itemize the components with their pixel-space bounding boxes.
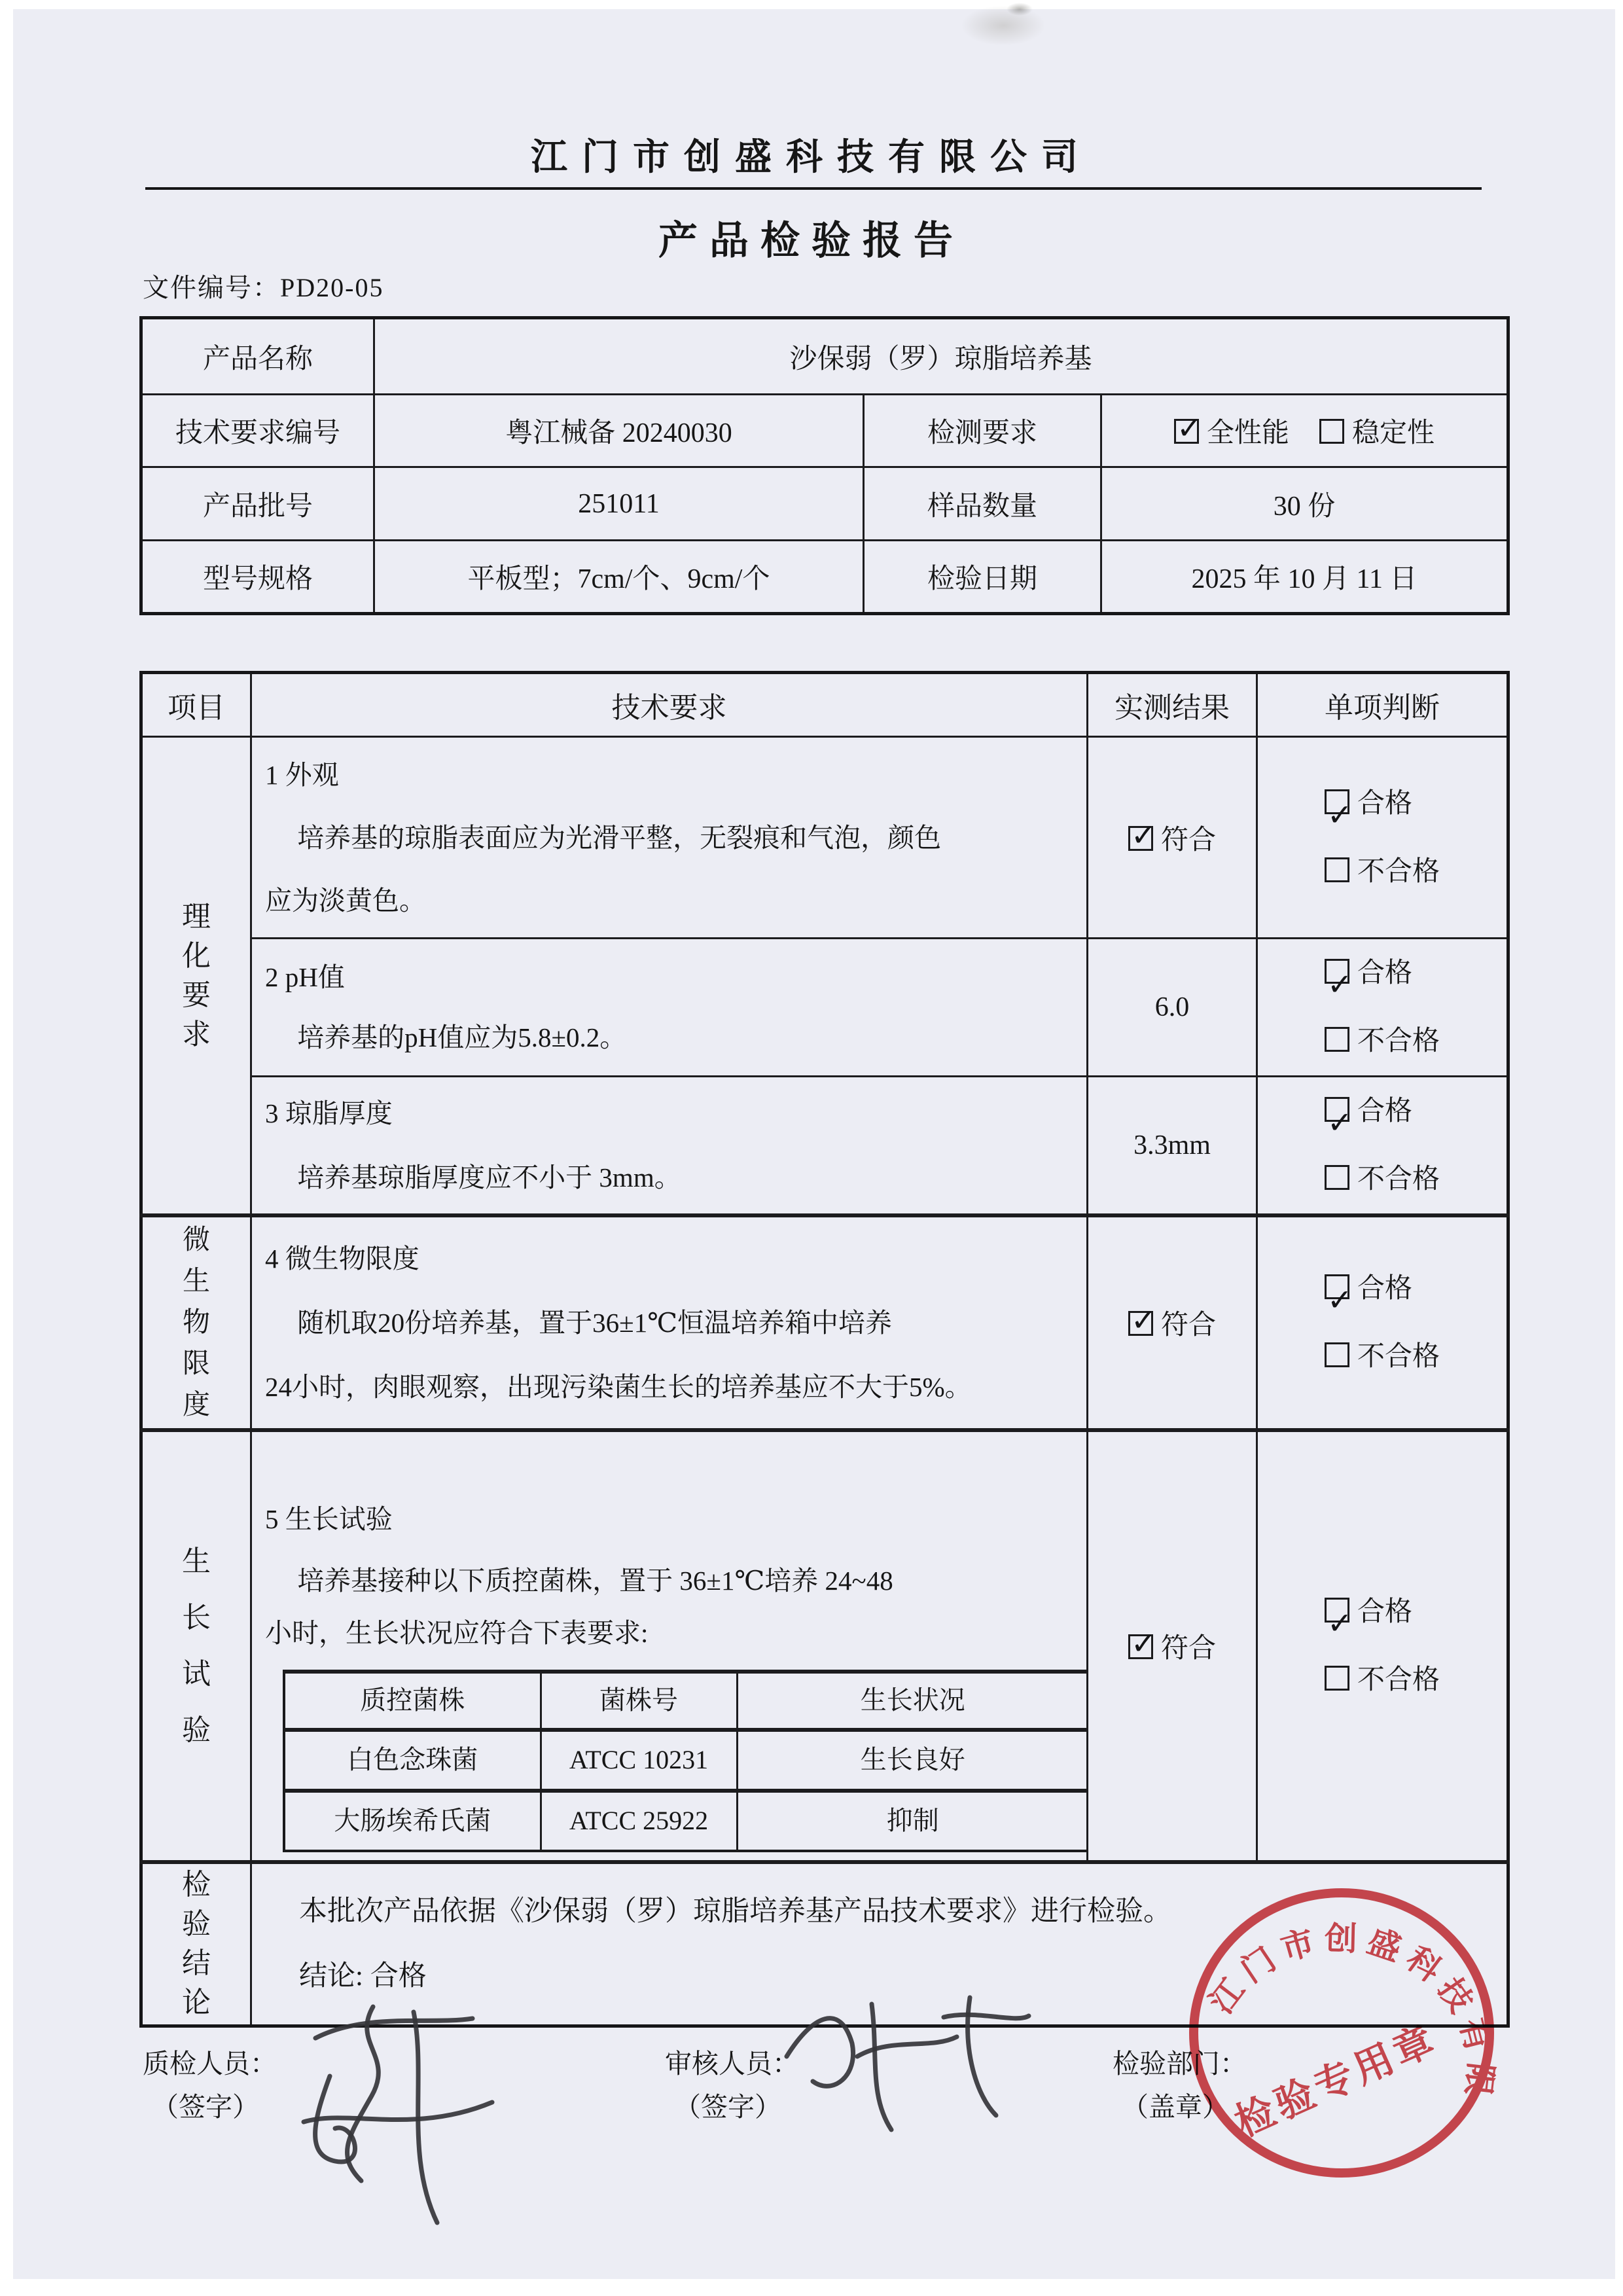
requirement-title: 5 生长试验 bbox=[265, 1493, 1075, 1545]
group-growth-test: 生长试验 bbox=[141, 1430, 251, 1862]
requirement-text: 培养基琼脂厚度应不小于 3mm。 bbox=[265, 1145, 1075, 1210]
fail-label: 不合格 bbox=[1357, 1026, 1440, 1056]
growth-strain-table: 质控菌株 菌株号 生长状况 白色念珠菌 ATCC 10231 生长良好 大肠埃希… bbox=[283, 1670, 1088, 1852]
title-divider-line bbox=[145, 187, 1482, 190]
table-row: 技术要求编号 粤江械备 20240030 检测要求 全性能稳定性 bbox=[141, 395, 1508, 467]
header-qc-strain: 质控菌株 bbox=[284, 1672, 541, 1730]
checkbox-fail-unchecked bbox=[1325, 857, 1349, 882]
result-label: 符合 bbox=[1161, 825, 1216, 855]
micro-result: 符合 bbox=[1088, 1215, 1257, 1430]
report-title: 产品检验报告 bbox=[0, 209, 1623, 266]
header-growth-status: 生长状况 bbox=[737, 1672, 1088, 1730]
group-conclusion: 检验结论 bbox=[141, 1862, 251, 2026]
requirement-text: 培养基接种以下质控菌株，置于 36±1℃培养 24~48 bbox=[265, 1554, 1075, 1607]
batch-value: 251011 bbox=[374, 467, 864, 541]
scan-smudge-artifact bbox=[961, 5, 1046, 46]
requirement-text: 24小时，肉眼观察，出现污染菌生长的培养基应不大于5%。 bbox=[265, 1355, 1075, 1419]
model-label: 型号规格 bbox=[141, 541, 374, 614]
header-measured-result: 实测结果 bbox=[1088, 673, 1257, 737]
product-name-label: 产品名称 bbox=[141, 318, 374, 395]
agar-requirement: 3 琼脂厚度 培养基琼脂厚度应不小于 3mm。 bbox=[251, 1077, 1088, 1216]
fail-label: 不合格 bbox=[1357, 857, 1440, 887]
growth-judgement: 合格 不合格 bbox=[1257, 1430, 1508, 1862]
checkbox-fail-unchecked bbox=[1325, 1027, 1349, 1052]
test-req-options: 全性能稳定性 bbox=[1101, 395, 1508, 467]
option-stability: 稳定性 bbox=[1352, 418, 1435, 448]
option-full-performance: 全性能 bbox=[1207, 418, 1289, 448]
appearance-result: 符合 bbox=[1088, 737, 1257, 939]
ph-judgement: 合格 不合格 bbox=[1257, 939, 1508, 1077]
table-header-row: 质控菌株 菌株号 生长状况 bbox=[284, 1672, 1088, 1730]
scanned-report-page: 江门市创盛科技有限公司 产品检验报告 文件编号：PD20-05 产品名称 沙保弱… bbox=[0, 0, 1623, 2296]
table-row-ph: 2 pH值 培养基的pH值应为5.8±0.2。 6.0 合格 不合格 bbox=[141, 939, 1508, 1077]
requirement-text: 随机取20份培养基，置于36±1℃恒温培养箱中培养 bbox=[265, 1291, 1075, 1355]
header-item: 项目 bbox=[141, 673, 251, 737]
requirement-title: 4 微生物限度 bbox=[265, 1227, 1075, 1291]
growth-status: 抑制 bbox=[737, 1791, 1088, 1851]
table-row: 大肠埃希氏菌 ATCC 25922 抑制 bbox=[284, 1791, 1088, 1851]
micro-judgement: 合格 不合格 bbox=[1257, 1215, 1508, 1430]
inspect-date-value: 2025 年 10 月 11 日 bbox=[1101, 541, 1508, 614]
micro-requirement: 4 微生物限度 随机取20份培养基，置于36±1℃恒温培养箱中培养 24小时，肉… bbox=[251, 1215, 1088, 1430]
fail-label: 不合格 bbox=[1357, 1342, 1440, 1372]
table-row: 产品批号 251011 样品数量 30 份 bbox=[141, 467, 1508, 541]
checkbox-pass-checked bbox=[1325, 1097, 1349, 1122]
result-label: 符合 bbox=[1161, 1310, 1216, 1340]
company-inspection-seal: 江门市创盛科技有限公司 检验专用章 bbox=[1182, 1882, 1501, 2183]
checkbox-pass-checked bbox=[1325, 1274, 1349, 1299]
fail-label: 不合格 bbox=[1357, 1164, 1440, 1194]
table-row-growth-test: 生长试验 5 生长试验 培养基接种以下质控菌株，置于 36±1℃培养 24~48… bbox=[141, 1430, 1508, 1862]
sign-hint-label: （签字） bbox=[143, 2085, 277, 2128]
table-row: 型号规格 平板型；7cm/个、9cm/个 检验日期 2025 年 10 月 11… bbox=[141, 541, 1508, 614]
pass-label: 合格 bbox=[1357, 789, 1412, 819]
requirement-title: 1 外观 bbox=[265, 744, 1075, 806]
seal-center-text: 检验专用章 bbox=[1229, 2017, 1444, 2145]
pass-label: 合格 bbox=[1357, 1274, 1412, 1304]
pass-label: 合格 bbox=[1357, 1597, 1412, 1627]
tech-req-no-label: 技术要求编号 bbox=[141, 395, 374, 467]
qc-signer-label: 质检人员： bbox=[143, 2042, 277, 2085]
checkbox-stability-unchecked bbox=[1319, 419, 1344, 444]
test-req-label: 检测要求 bbox=[864, 395, 1101, 467]
strain-no: ATCC 10231 bbox=[541, 1730, 737, 1791]
table-row: 产品名称 沙保弱（罗）琼脂培养基 bbox=[141, 318, 1508, 395]
qc-signature bbox=[275, 1983, 524, 2245]
ph-result: 6.0 bbox=[1088, 939, 1257, 1077]
result-label: 符合 bbox=[1161, 1634, 1216, 1664]
header-strain-no: 菌株号 bbox=[541, 1672, 737, 1730]
requirement-title: 3 琼脂厚度 bbox=[265, 1081, 1075, 1145]
checkbox-fail-unchecked bbox=[1325, 1342, 1349, 1367]
pass-label: 合格 bbox=[1357, 1096, 1412, 1126]
checkbox-conform-checked bbox=[1128, 1634, 1153, 1659]
checkbox-pass-checked bbox=[1325, 1598, 1349, 1623]
requirement-text: 小时，生长状况应符合下表要求: bbox=[265, 1607, 1075, 1659]
inspect-date-label: 检验日期 bbox=[864, 541, 1101, 614]
appearance-requirement: 1 外观 培养基的琼脂表面应为光滑平整，无裂痕和气泡，颜色 应为淡黄色。 bbox=[251, 737, 1088, 939]
table-header-row: 项目 技术要求 实测结果 单项判断 bbox=[141, 673, 1508, 737]
tech-req-no-value: 粤江械备 20240030 bbox=[374, 395, 864, 467]
batch-label: 产品批号 bbox=[141, 467, 374, 541]
strain-name: 白色念珠菌 bbox=[284, 1730, 541, 1791]
growth-status: 生长良好 bbox=[737, 1730, 1088, 1791]
checkbox-pass-checked bbox=[1325, 789, 1349, 814]
requirement-text: 培养基的pH值应为5.8±0.2。 bbox=[265, 1007, 1075, 1067]
model-value: 平板型；7cm/个、9cm/个 bbox=[374, 541, 864, 614]
header-tech-requirement: 技术要求 bbox=[251, 673, 1088, 737]
header-item-judgement: 单项判断 bbox=[1257, 673, 1508, 737]
requirement-text: 培养基的琼脂表面应为光滑平整，无裂痕和气泡，颜色 bbox=[265, 806, 1075, 869]
ph-requirement: 2 pH值 培养基的pH值应为5.8±0.2。 bbox=[251, 939, 1088, 1077]
checkbox-conform-checked bbox=[1128, 826, 1153, 851]
strain-no: ATCC 25922 bbox=[541, 1791, 737, 1851]
info-table: 产品名称 沙保弱（罗）琼脂培养基 技术要求编号 粤江械备 20240030 检测… bbox=[139, 316, 1510, 615]
checkbox-fail-unchecked bbox=[1325, 1165, 1349, 1190]
fail-label: 不合格 bbox=[1357, 1665, 1440, 1695]
agar-judgement: 合格 不合格 bbox=[1257, 1077, 1508, 1216]
pass-label: 合格 bbox=[1357, 958, 1412, 988]
table-row-micro-limit: 微生物限度 4 微生物限度 随机取20份培养基，置于36±1℃恒温培养箱中培养 … bbox=[141, 1215, 1508, 1430]
agar-result: 3.3mm bbox=[1088, 1077, 1257, 1216]
checkbox-fail-unchecked bbox=[1325, 1666, 1349, 1691]
checkbox-pass-checked bbox=[1325, 959, 1349, 984]
strain-name: 大肠埃希氏菌 bbox=[284, 1791, 541, 1851]
sample-qty-label: 样品数量 bbox=[864, 467, 1101, 541]
qc-signer-block: 质检人员： （签字） bbox=[143, 2042, 277, 2128]
growth-result: 符合 bbox=[1088, 1430, 1257, 1862]
inspection-table: 项目 技术要求 实测结果 单项判断 理化要求 1 外观 培养基的琼脂表面应为光滑… bbox=[139, 671, 1510, 2028]
scan-smudge-artifact-dark bbox=[1007, 3, 1033, 16]
group-physicochemical: 理化要求 bbox=[141, 737, 251, 1216]
table-row-agar-thickness: 3 琼脂厚度 培养基琼脂厚度应不小于 3mm。 3.3mm 合格 不合格 bbox=[141, 1077, 1508, 1216]
checkbox-full-performance-checked bbox=[1174, 419, 1199, 444]
requirement-title: 2 pH值 bbox=[265, 947, 1075, 1007]
reviewer-signature bbox=[759, 1977, 1041, 2160]
appearance-judgement: 合格 不合格 bbox=[1257, 737, 1508, 939]
table-row-appearance: 理化要求 1 外观 培养基的琼脂表面应为光滑平整，无裂痕和气泡，颜色 应为淡黄色… bbox=[141, 737, 1508, 939]
requirement-text: 应为淡黄色。 bbox=[265, 869, 1075, 932]
growth-requirement: 5 生长试验 培养基接种以下质控菌株，置于 36±1℃培养 24~48 小时，生… bbox=[251, 1430, 1088, 1862]
document-number: 文件编号：PD20-05 bbox=[143, 267, 383, 304]
product-name-value: 沙保弱（罗）琼脂培养基 bbox=[374, 318, 1508, 395]
checkbox-conform-checked bbox=[1128, 1311, 1153, 1336]
table-row: 白色念珠菌 ATCC 10231 生长良好 bbox=[284, 1730, 1088, 1791]
group-microbial-limit: 微生物限度 bbox=[141, 1215, 251, 1430]
sample-qty-value: 30 份 bbox=[1101, 467, 1508, 541]
company-title: 江门市创盛科技有限公司 bbox=[0, 128, 1623, 181]
